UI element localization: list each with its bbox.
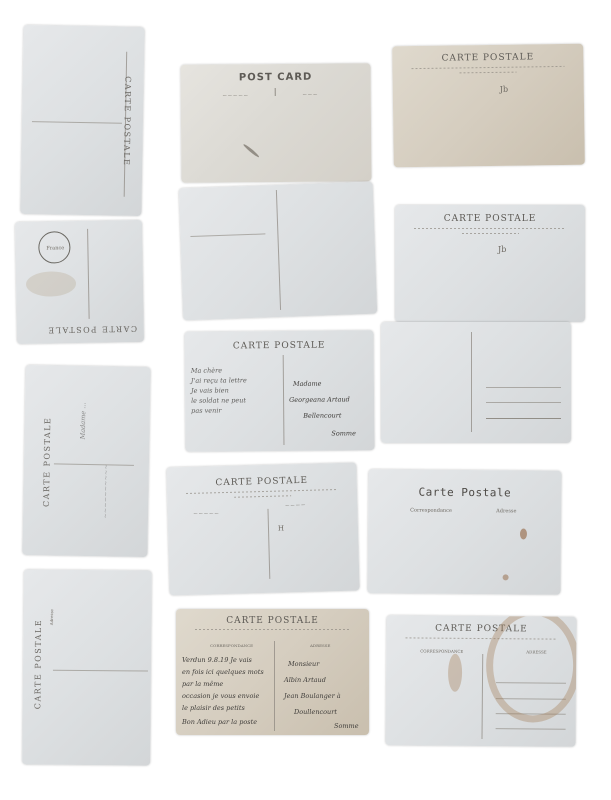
message-line: Bon Adieu par la poste <box>182 717 257 727</box>
postcard-header: CARTE POSTALE <box>122 76 133 166</box>
postcard-subtext <box>462 233 519 234</box>
address-line: Doullencourt <box>294 707 337 717</box>
postcard-line <box>54 463 134 465</box>
postcard-label-left: — — — — — <box>194 510 219 516</box>
postcard-11: Carte Postale Correspondance Adresse <box>367 469 561 595</box>
postcard-2: POST CARD — — — — — — — — <box>180 63 371 183</box>
postcard-4: France CARTE POSTALE <box>15 220 144 344</box>
address-line: Somme <box>334 721 359 731</box>
postcard-label-right: ADRESSE <box>310 643 330 648</box>
postcard-label-right: Adresse <box>49 609 54 625</box>
handwritten-message: Ma chèreJ'ai reçu ta lettreJe vais bienl… <box>191 365 247 416</box>
postcard-header: CARTE POSTALE <box>392 52 583 65</box>
postcard-14: CARTE POSTALE CORRESPONDANCE ADRESSE <box>385 615 576 747</box>
postcard-subtext <box>186 489 338 494</box>
address-line: Bellencourt <box>303 410 341 420</box>
postcard-7: CARTE POSTALE Madame ... ~~~~~~~~~~ <box>22 365 150 557</box>
stain <box>503 574 509 580</box>
address-line: Madame <box>293 379 322 389</box>
stain <box>448 654 462 692</box>
postcard-12: CARTE POSTALE Adresse <box>22 569 152 765</box>
postcard-header: CARTE POSTALE <box>185 340 374 352</box>
postcard-9 <box>381 322 571 443</box>
postcard-subtext <box>234 495 291 497</box>
postcard-divider <box>274 641 275 731</box>
postcard-header: CARTE POSTALE <box>47 324 137 335</box>
message-line: le plaisir des petits <box>182 703 245 713</box>
postcard-address-line <box>486 387 561 388</box>
postcard-header: Carte Postale <box>368 485 561 500</box>
postcard-label-left: CORRESPONDANCE <box>420 648 463 653</box>
stain <box>26 271 76 297</box>
postcard-label-left: — — — — — <box>223 92 248 97</box>
address-line: Georgeana Artaud <box>289 394 350 405</box>
postcard-label-left: Correspondance <box>410 508 452 514</box>
postcard-stamp-box: H <box>278 524 284 532</box>
postcard-header: CARTE POSTALE <box>395 214 585 224</box>
postcard-subtext <box>412 66 565 69</box>
postcard-label-right: — — — — <box>285 502 305 508</box>
postcard-divider <box>275 88 276 96</box>
handwriting: Madame ... <box>78 402 89 439</box>
address-line: Somme <box>331 428 356 438</box>
postcard-6: CARTE POSTALE Jb <box>395 205 585 322</box>
postcard-5 <box>179 182 377 321</box>
postcard-divider <box>267 509 270 579</box>
stain <box>520 528 527 539</box>
postcard-address-line <box>486 402 561 403</box>
stain <box>243 143 260 158</box>
postcard-center-line <box>32 121 122 124</box>
postcard-label-left: CORRESPONDANCE <box>210 643 253 648</box>
postcard-divider <box>283 355 285 445</box>
postcard-line <box>190 233 265 237</box>
postcard-header: CARTE POSTALE <box>42 417 53 507</box>
postcard-3: CARTE POSTALE Jb <box>392 44 585 168</box>
postcard-header: CARTE POSTALE <box>33 619 43 709</box>
postcard-subtext <box>195 629 349 630</box>
message-line: occasion je vous envoie <box>182 691 259 701</box>
postcard-divider <box>481 654 483 739</box>
postcard-10: CARTE POSTALE — — — — — — — — — H <box>166 463 359 596</box>
postcard-line <box>53 670 148 672</box>
handwriting: ~~~~~~~~~~ <box>100 464 111 519</box>
postcard-label-right: — — — <box>303 92 318 97</box>
postcard-subtext <box>459 72 516 74</box>
address-line: Monsieur <box>288 659 319 669</box>
message-line: par la même <box>182 679 223 689</box>
message-line: Verdun 9.8.19 Je vais <box>182 655 252 665</box>
postmark-text: France <box>46 245 64 251</box>
postcard-address-line <box>486 418 561 419</box>
postcard-header: CARTE POSTALE <box>167 475 357 490</box>
postcard-header: POST CARD <box>181 71 371 84</box>
address-line: Jean Boulanger à <box>284 691 341 701</box>
postcard-address-line <box>496 728 566 730</box>
coffee-stain <box>486 615 577 723</box>
message-line: en fois ici quelques mots <box>182 667 264 677</box>
postcard-divider <box>87 229 90 319</box>
postcard-1: CARTE POSTALE <box>20 25 144 216</box>
postcard-subtext <box>414 228 566 229</box>
postcard-header: CARTE POSTALE <box>176 616 369 626</box>
postcard-13: CARTE POSTALE CORRESPONDANCE ADRESSE Ver… <box>176 609 369 735</box>
postcard-divider <box>276 190 281 310</box>
postcard-stamp-box: Jb <box>498 245 506 254</box>
postcard-stamp-box: Jb <box>500 85 508 94</box>
postcard-label-right: Adresse <box>496 508 516 514</box>
postcard-8: CARTE POSTALE Ma chèreJ'ai reçu ta lettr… <box>184 330 374 452</box>
address-line: Albin Artaud <box>284 675 326 685</box>
postcard-divider <box>471 332 472 432</box>
